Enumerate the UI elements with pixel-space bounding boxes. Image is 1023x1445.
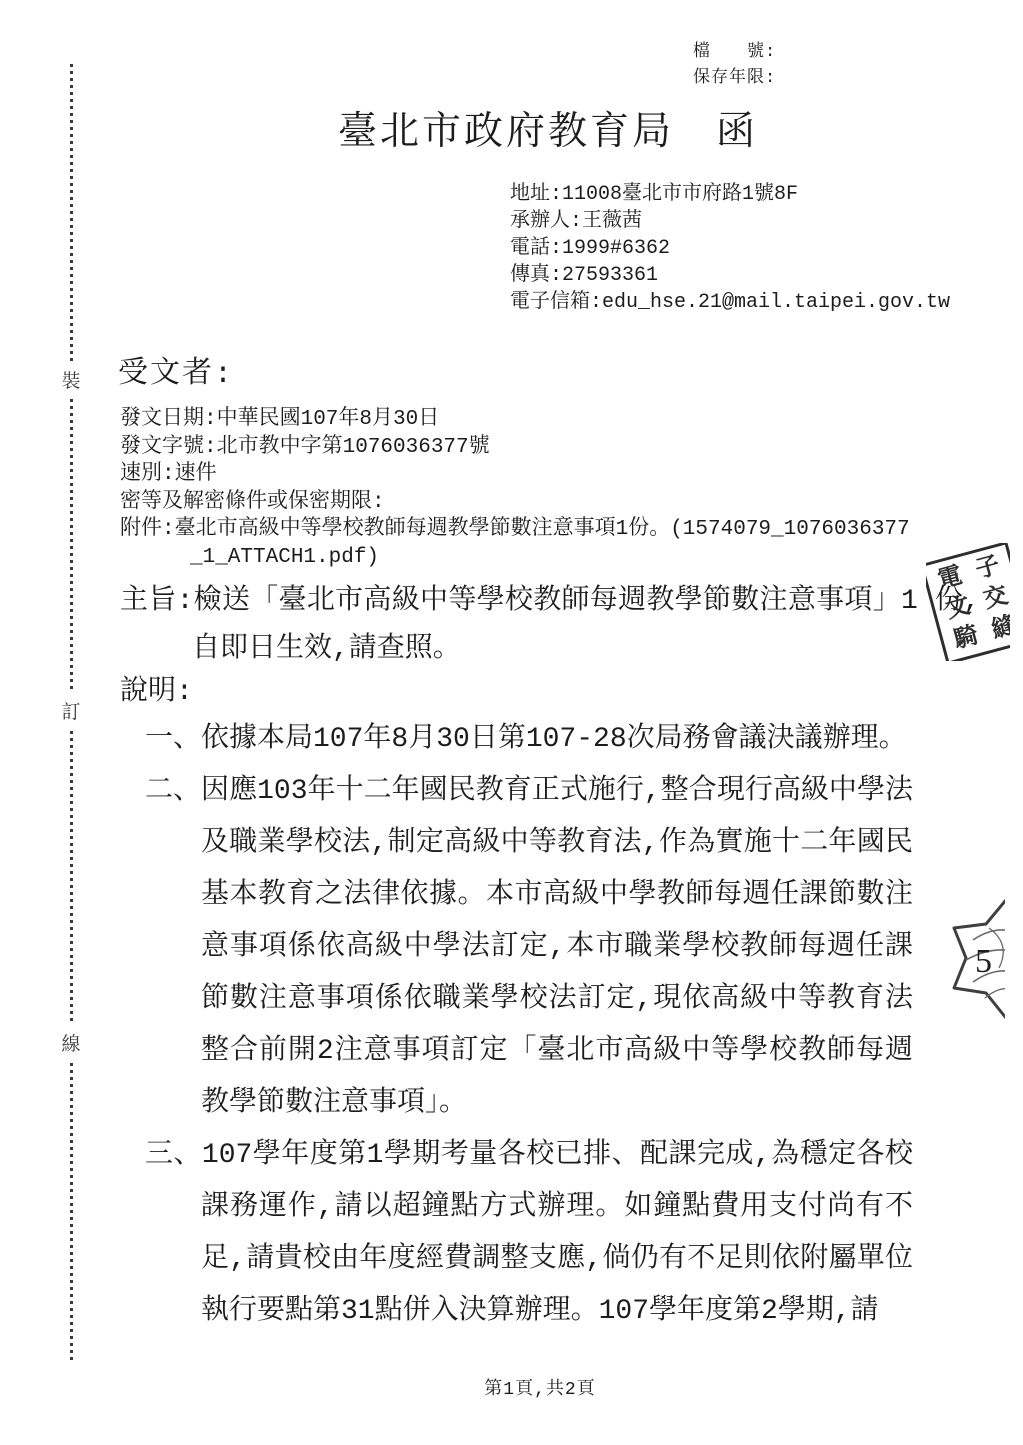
binding-dotted-line [70,64,73,362]
explanation-heading: 說明: [120,668,193,708]
exchange-stamp-box: 電 子 文 交 騎 縫 [926,543,1010,661]
contact-info-block: 地址:11008臺北市市府路1號8F 承辦人:王薇茜 電話:1999#6362 … [510,181,1023,316]
contact-fax: 傳真:27593361 [510,262,1023,289]
explanation-list: 一、依據本局107年8月30日第107-28次局務會議決議辦理。 二、因應103… [145,714,913,1338]
page-footer: 第1頁,共2頁 [0,1374,1023,1400]
file-number-block: 檔 號: 保存年限: [693,40,776,92]
attachment-line: 附件:臺北市高級中等學校教師每週教學節數注意事項1份。(1574079_1076… [120,516,922,571]
speed-line: 速別:速件 [120,461,922,489]
contact-phone: 電話:1999#6362 [510,235,1023,262]
recipient-label: 受文者: [118,347,234,392]
binding-dotted-line [70,399,73,692]
retention-period-label: 保存年限: [693,66,776,92]
star-seal-stamp: 5 [933,898,1005,1028]
binding-mark-zhuang: 裝 [54,366,88,393]
explanation-item-1: 一、依據本局107年8月30日第107-28次局務會議決議辦理。 [145,714,913,766]
contact-person: 承辦人:王薇茜 [510,208,1023,235]
electronic-exchange-stamp: 電 子 文 交 騎 縫 [926,543,1010,661]
star-seal-graphic: 5 [933,898,1005,1028]
issue-date-line: 發文日期:中華民國107年8月30日 [120,406,922,434]
document-page: 裝 訂 線 檔 號: 保存年限: 臺北市政府教育局 函 地址:11008臺北市市… [0,0,1023,1445]
explanation-item-3: 三、107學年度第1學期考量各校已排、配課完成,為穩定各校課務運作,請以超鐘點方… [145,1130,913,1338]
subject-paragraph: 主旨:檢送「臺北市高級中等學校教師每週教學節數注意事項」1 份,自即日生效,請查… [120,578,980,674]
binding-mark-xian: 線 [54,1029,88,1056]
security-line: 密等及解密條件或保密期限: [120,489,922,517]
file-number-label: 檔 號: [693,40,776,66]
binding-dotted-line [70,1063,73,1361]
explanation-item-2: 二、因應103年十二年國民教育正式施行,整合現行高級中學法及職業學校法,制定高級… [145,766,913,1130]
contact-address: 地址:11008臺北市市府路1號8F [510,181,1023,208]
document-title: 臺北市政府教育局 函 [338,100,758,156]
binding-dotted-line [70,731,73,1025]
seal-number: 5 [975,943,992,980]
doc-number-line: 發文字號:北市教中字第1076036377號 [120,434,922,462]
document-meta-block: 發文日期:中華民國107年8月30日 發文字號:北市教中字第1076036377… [120,406,922,571]
contact-email: 電子信箱:edu_hse.21@mail.taipei.gov.tw [510,289,1023,316]
binding-mark-ding: 訂 [54,697,88,724]
